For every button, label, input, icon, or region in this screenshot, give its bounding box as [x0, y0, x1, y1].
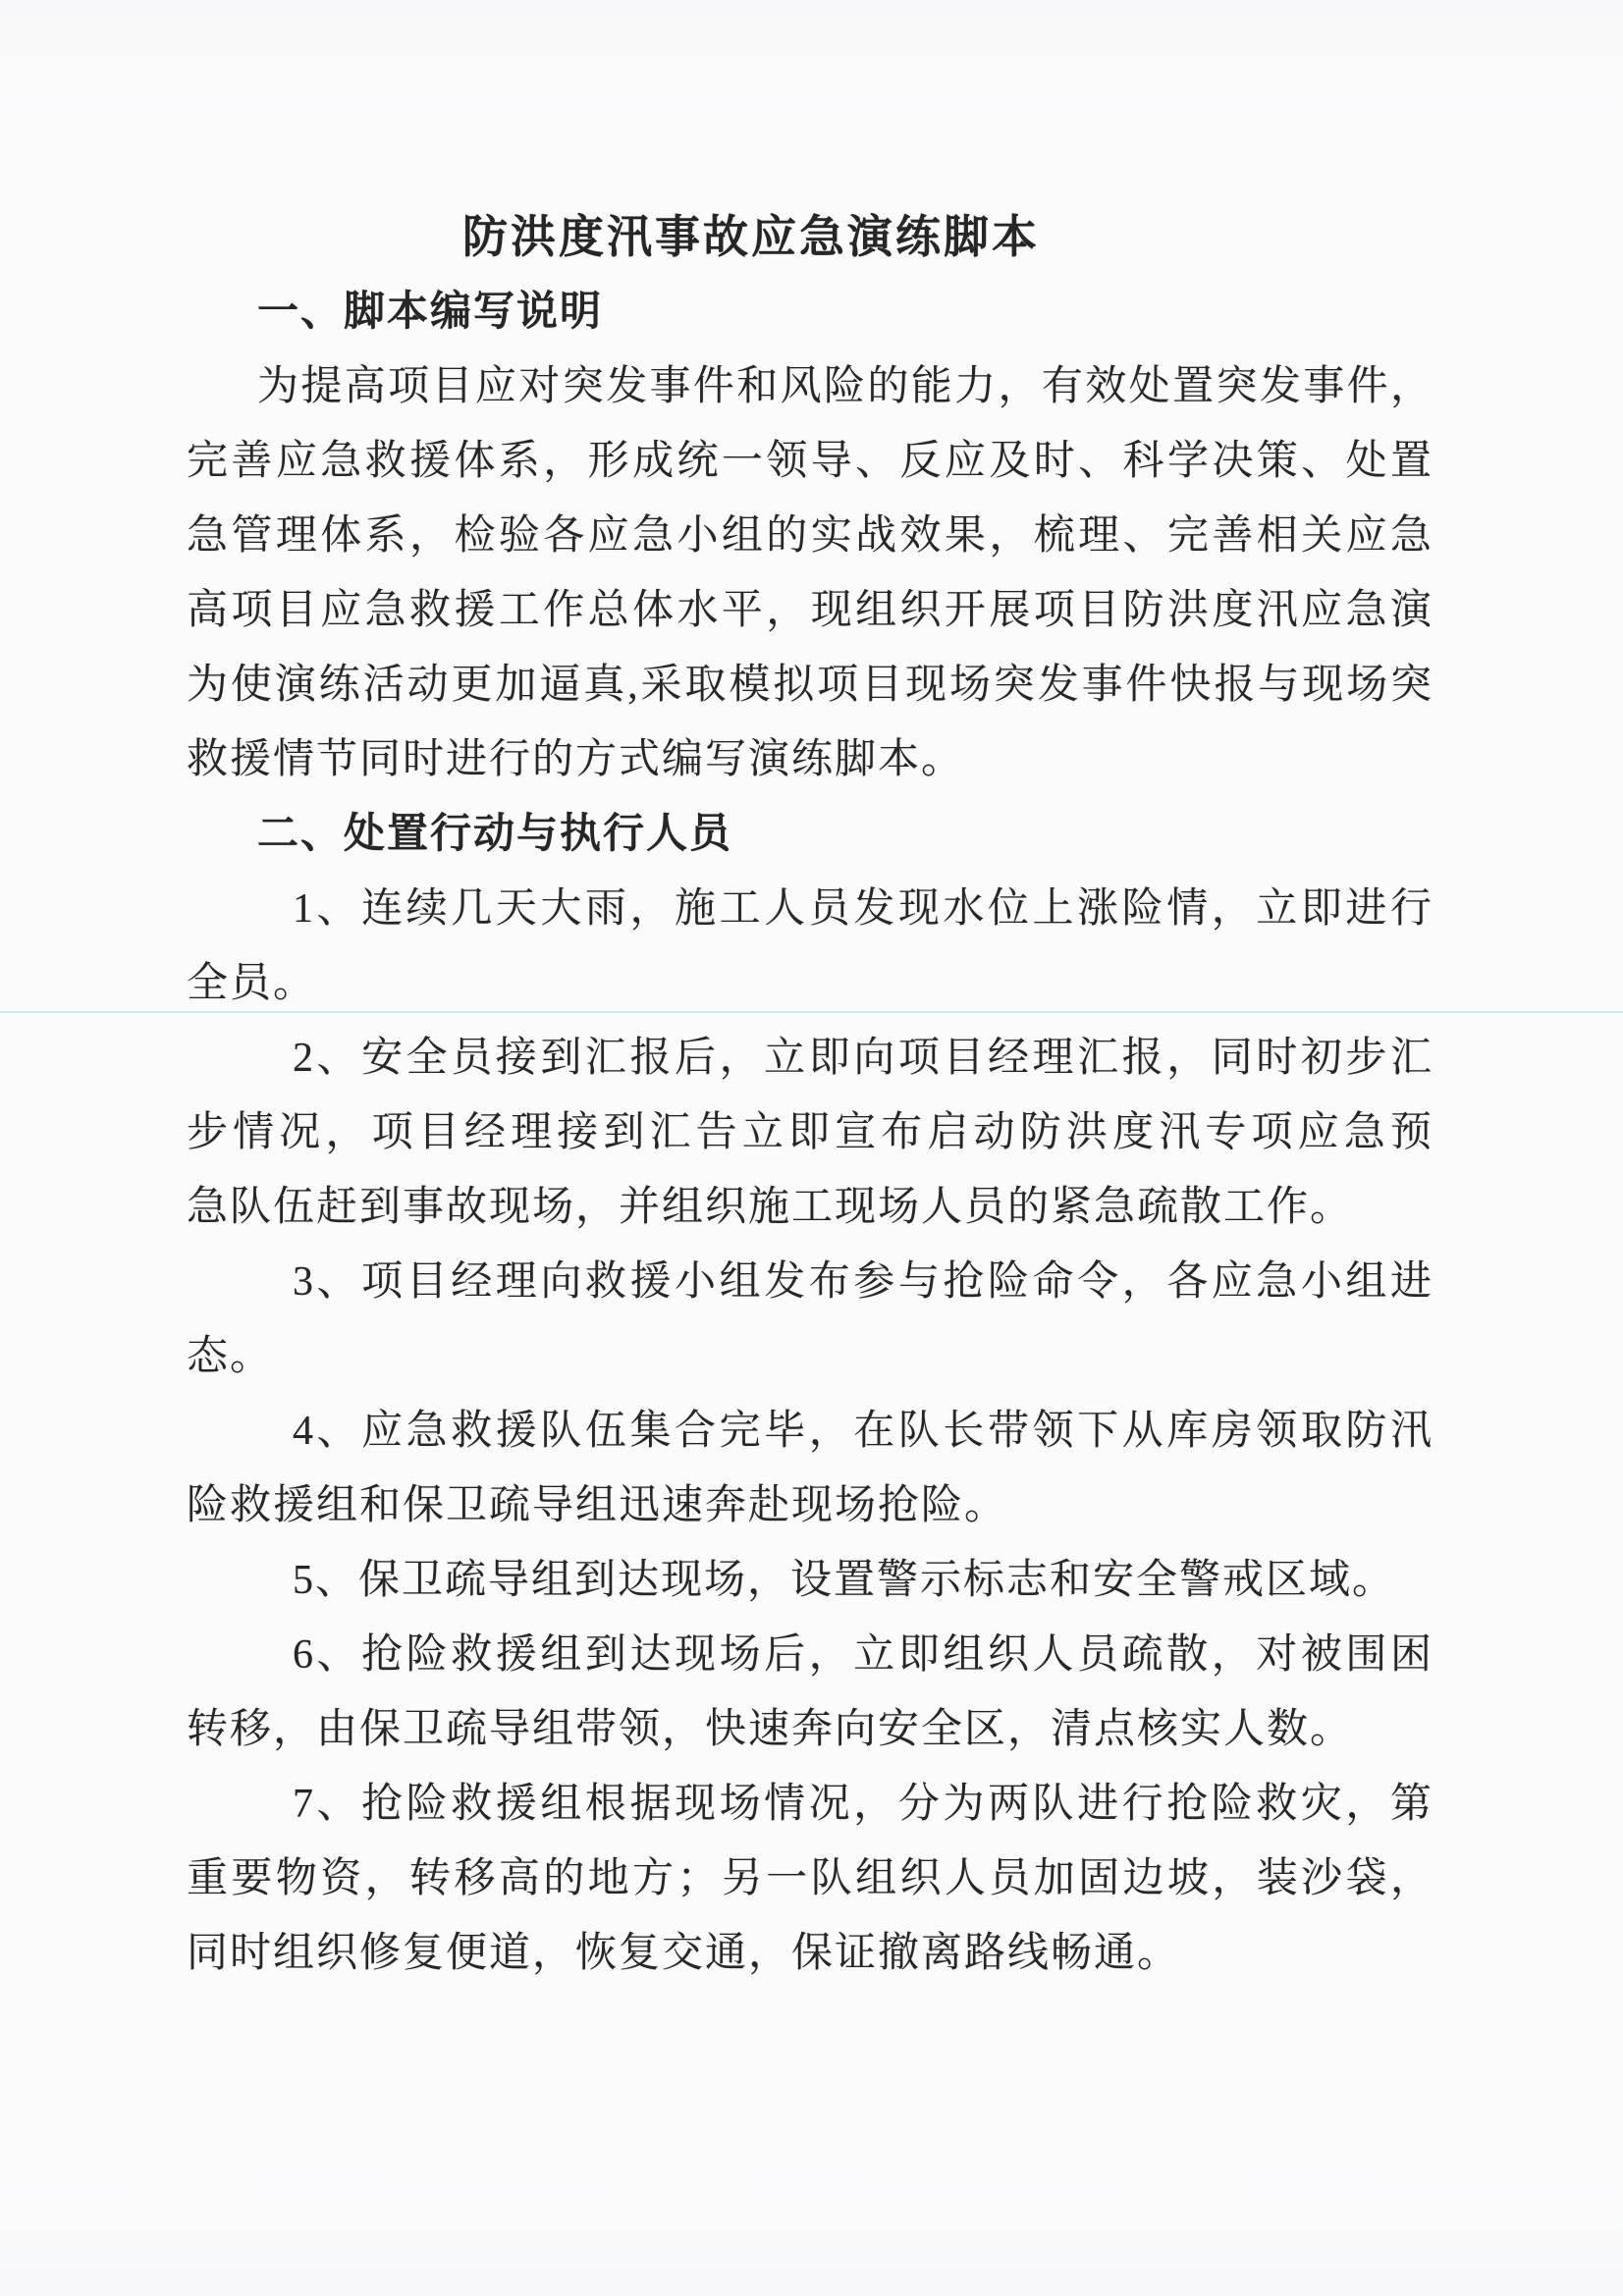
text-line: 高项目应急救援工作总体水平，现组织开展项目防洪度汛应急演练活动。 [187, 573, 1434, 648]
text-line: 急队伍赶到事故现场，并组织施工现场人员的紧急疏散工作。 [187, 1170, 1434, 1245]
text-line: 转移，由保卫疏导组带领，快速奔向安全区，清点核实人数。 [187, 1692, 1434, 1767]
section-heading: 二、处置行动与执行人员 [187, 797, 1434, 872]
text-line: 完善应急救援体系，形成统一领导、反应及时、科学决策、处置有序的应 [187, 424, 1434, 499]
doc-title: 防洪度汛事故应急演练脚本 [128, 200, 1375, 275]
text-line: 急管理体系，检验各应急小组的实战效果，梳理、完善相关应急预案，提 [187, 499, 1434, 573]
text-line: 1、连续几天大雨，施工人员发现水位上涨险情，立即进行汇报给安 [187, 872, 1434, 946]
text-line: 重要物资，转移高的地方；另一队组织人员加固边坡，装沙袋，运沙袋， [187, 1842, 1434, 1916]
text-line: 6、抢险救援组到达现场后，立即组织人员疏散，对被围困人员进行 [187, 1618, 1434, 1692]
text-line: 全员。 [187, 946, 1434, 1021]
text-line: 5、保卫疏导组到达现场，设置警示标志和安全警戒区域。 [187, 1543, 1434, 1618]
text-line: 险救援组和保卫疏导组迅速奔赴现场抢险。 [187, 1468, 1434, 1543]
text-line: 步情况，项目经理接到汇告立即宣布启动防洪度汛专项应急预案，要求应 [187, 1095, 1434, 1170]
text-line: 态。 [187, 1319, 1434, 1394]
text-line: 为使演练活动更加逼真,采取模拟项目现场突发事件快报与现场突发事件 [187, 648, 1434, 722]
text-line: 为提高项目应对突发事件和风险的能力，有效处置突发事件，建立和 [187, 349, 1434, 424]
section-heading: 一、脚本编写说明 [187, 275, 1434, 349]
text-line: 7、抢险救援组根据现场情况，分为两队进行抢险救灾，第一队抢救 [187, 1767, 1434, 1842]
text-line: 3、项目经理向救援小组发布参与抢险命令，各应急小组进入应急状 [187, 1245, 1434, 1319]
text-line: 4、应急救援队伍集合完毕，在队长带领下从库房领取防汛器具，抢 [187, 1394, 1434, 1468]
text-line: 2、安全员接到汇报后，立即向项目经理汇报，同时初步汇报灾情初 [187, 1021, 1434, 1095]
text-line: 救援情节同时进行的方式编写演练脚本。 [187, 722, 1434, 797]
document-body: 防洪度汛事故应急演练脚本一、脚本编写说明为提高项目应对突发事件和风险的能力，有效… [187, 0, 1434, 1991]
text-line: 同时组织修复便道，恢复交通，保证撤离路线畅通。 [187, 1916, 1434, 1991]
